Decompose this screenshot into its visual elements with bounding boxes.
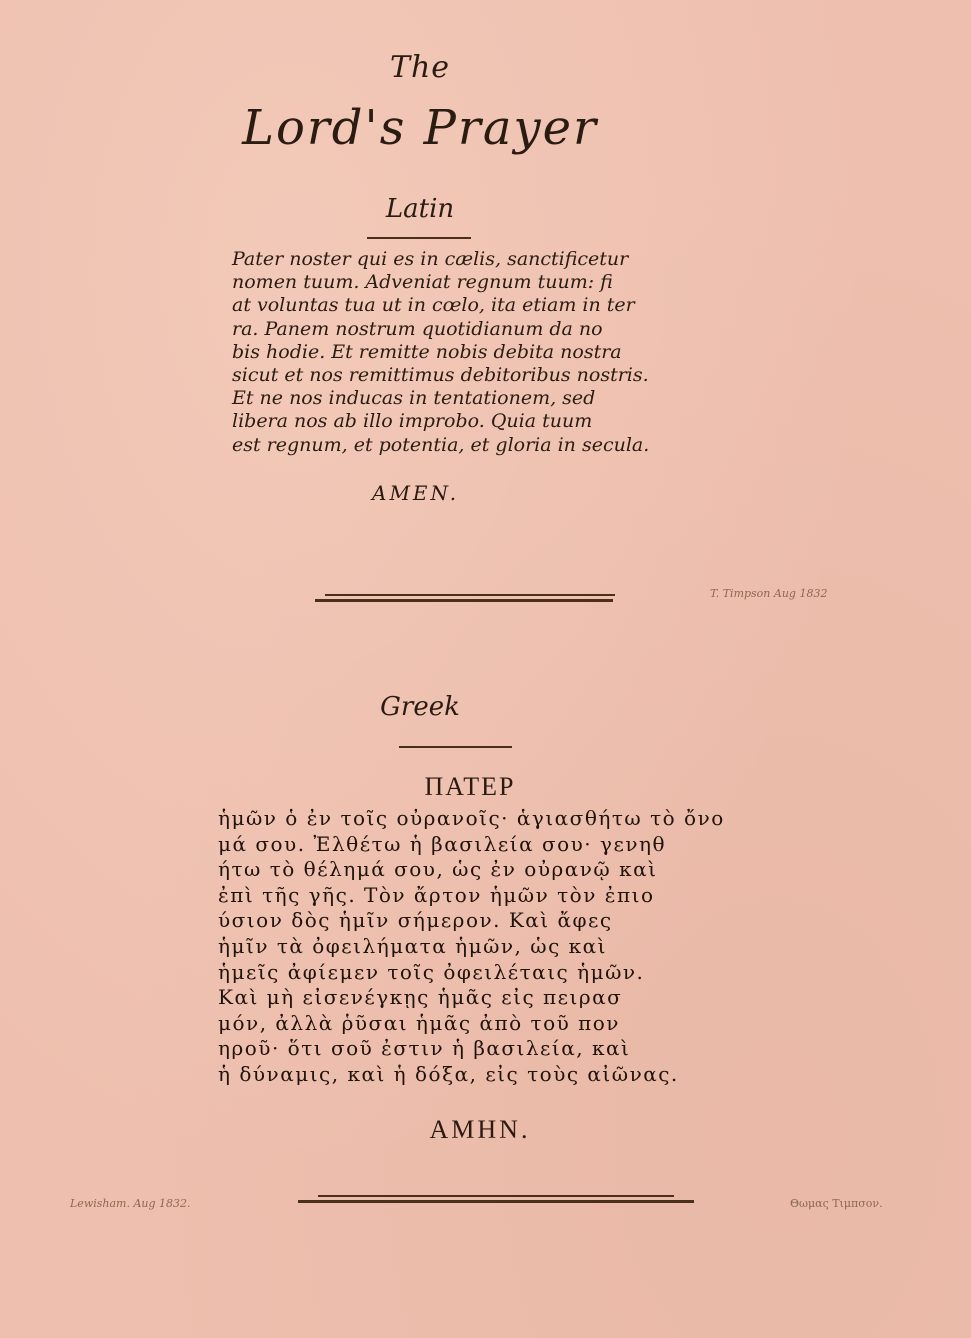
greek-line: ἡ δύναμις, καὶ ἡ δόξα, εἰς τοὺς αἰῶνας.	[218, 1062, 778, 1088]
place-date-note: Lewisham. Aug 1832.	[70, 1197, 191, 1210]
greek-heading: ΠΑΤΕΡ	[380, 772, 560, 802]
greek-line: Καὶ μὴ εἰσενέγκῃς ἡμᾶς εἰς πειρασ	[218, 985, 778, 1011]
greek-section-label: Greek	[330, 692, 510, 722]
latin-line: sicut et nos remittimus debitoribus nost…	[232, 364, 742, 387]
latin-line: libera nos ab illo improbo. Quia tuum	[232, 410, 742, 433]
divider-line	[298, 1200, 694, 1203]
greek-line: ήτω τὸ θέλημά σου, ὡς ἐν οὐρανῷ καὶ	[218, 857, 778, 883]
latin-line: est regnum, et potentia, et gloria in se…	[232, 434, 742, 457]
manuscript-page: The Lord's Prayer Latin Pater noster qui…	[0, 0, 971, 1338]
latin-line: at voluntas tua ut in cœlo, ita etiam in…	[232, 294, 742, 317]
latin-prayer-text: Pater noster qui es in cælis, sanctifice…	[232, 248, 742, 457]
greek-line: ἡμῶν ὁ ἐν τοῖς οὐρανοῖς· ἁγιασθήτω τὸ ὄν…	[218, 806, 778, 832]
bottom-divider	[298, 1195, 698, 1207]
latin-line: nomen tuum. Adveniat regnum tuum: fi	[232, 271, 742, 294]
title-prefix: The	[0, 50, 840, 85]
greek-label-underline	[399, 746, 512, 748]
greek-line: ἡμῖν τὰ ὀφειλήματα ἡμῶν, ὡς καὶ	[218, 934, 778, 960]
divider-line	[315, 599, 613, 602]
greek-prayer-text: ἡμῶν ὁ ἐν τοῖς οὐρανοῖς· ἁγιασθήτω τὸ ὄν…	[218, 806, 778, 1088]
latin-amen: AMEN.	[372, 481, 512, 505]
latin-section-label: Latin	[330, 194, 510, 224]
divider-line	[318, 1195, 674, 1197]
greek-line: μόν, ἀλλὰ ῥῦσαι ἡμᾶς ἀπὸ τοῦ πον	[218, 1011, 778, 1037]
page-title: Lord's Prayer	[0, 100, 840, 156]
latin-line: bis hodie. Et remitte nobis debita nostr…	[232, 341, 742, 364]
greek-line: ἐπὶ τῆς γῆς. Τὸν ἄρτον ἡμῶν τὸν ἐπιο	[218, 883, 778, 909]
greek-amen: ΑΜΗΝ.	[410, 1115, 550, 1145]
latin-label-underline	[367, 237, 471, 239]
greek-line: ἡμεῖς ἀφίεμεν τοῖς ὀφειλέταις ἡμῶν.	[218, 960, 778, 986]
latin-line: Pater noster qui es in cælis, sanctifice…	[232, 248, 742, 271]
greek-signature: Θωμας Τιμπσον.	[790, 1197, 883, 1210]
latin-line: ra. Panem nostrum quotidianum da no	[232, 318, 742, 341]
greek-line: μά σου. Ἐλθέτω ἡ βασιλεία σου· γενηθ	[218, 832, 778, 858]
greek-line: ύσιον δὸς ἡμῖν σήμερον. Καὶ ἄφες	[218, 908, 778, 934]
greek-line: ηροῦ· ὅτι σοῦ ἐστιν ἡ βασιλεία, καὶ	[218, 1036, 778, 1062]
latin-signature-note: T. Timpson Aug 1832	[710, 587, 827, 600]
section-divider	[315, 594, 625, 604]
latin-line: Et ne nos inducas in tentationem, sed	[232, 387, 742, 410]
divider-line	[325, 594, 615, 596]
